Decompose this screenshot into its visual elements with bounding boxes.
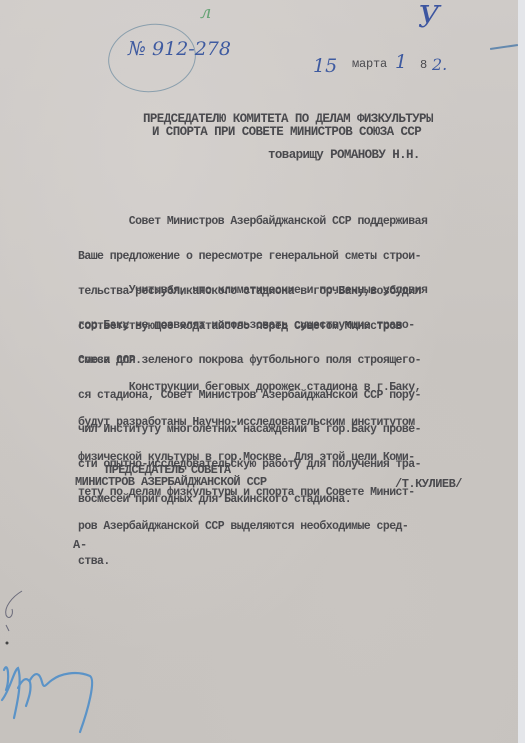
date-year-typed: 8 <box>420 58 427 72</box>
date-day: 15 <box>313 55 337 77</box>
paragraph-line: Учитывая, что климатические и почвенные … <box>78 285 427 297</box>
paragraph-line: будут разработаны Научно-исследовательск… <box>78 417 421 429</box>
addressee-line-2: И СПОРТА ПРИ СОВЕТЕ МИНИСТРОВ СОЮЗА ССР <box>152 126 421 139</box>
signature-title-line-2: МИНИСТРОВ АЗЕРБАЙДЖАНСКОЙ ССР <box>75 476 266 488</box>
paragraph-line: ров Азербайджанской ССР выделяются необх… <box>78 521 421 533</box>
paragraph-line: физической культуры в гор.Москве. Для эт… <box>78 452 421 464</box>
date-month: марта <box>352 57 387 71</box>
paragraph-line: Совет Министров Азербайджанской ССР подд… <box>78 216 427 228</box>
signatory-name: /Т.КУЛИЕВ/ <box>395 477 462 491</box>
registration-number: № 912-278 <box>128 38 231 60</box>
date-year-suffix: 2. <box>432 55 447 74</box>
page-edge <box>518 0 525 743</box>
typist-initials: А- <box>73 538 87 552</box>
green-handwritten-mark: л <box>200 2 211 23</box>
paragraph-line: ства. <box>78 556 421 568</box>
paragraph-line: гор.Баку не позволят использовать сущест… <box>78 320 427 332</box>
top-right-handwritten-mark: У <box>418 0 440 35</box>
paragraph-line: Конструкции беговых дорожек стадиона в г… <box>78 382 421 394</box>
date-year-prefix: 1 <box>395 51 407 73</box>
paragraph-line: Ваше предложение о пересмотре генерально… <box>78 251 427 263</box>
addressee-name: товарищу РОМАНОВУ Н.Н. <box>268 148 420 162</box>
blue-handwritten-signature-icon <box>0 640 110 740</box>
pencil-scribble-icon <box>0 585 40 645</box>
